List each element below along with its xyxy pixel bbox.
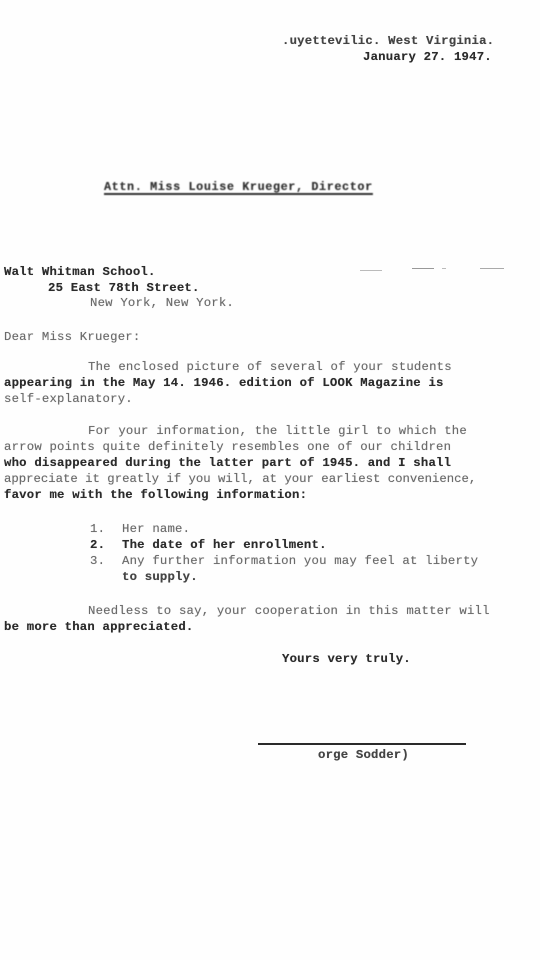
paragraph-3-line-2: be more than appreciated. xyxy=(4,620,193,635)
paragraph-1-line-1: The enclosed picture of several of your … xyxy=(88,360,452,375)
paragraph-1-line-2: appearing in the May 14. 1946. edition o… xyxy=(4,376,444,391)
letter-place: .uyettevilic. West Virginia. xyxy=(282,34,494,49)
request-3-number: 3. xyxy=(90,554,105,569)
attention-line: Attn. Miss Louise Krueger, Director xyxy=(104,180,373,195)
paragraph-2-line-3: who disappeared during the latter part o… xyxy=(4,456,451,471)
letter-date: January 27. 1947. xyxy=(363,50,492,65)
paragraph-2-line-5: favor me with the following information: xyxy=(4,488,307,503)
request-3-continuation: to supply. xyxy=(122,570,198,585)
recipient-school: Walt Whitman School. xyxy=(4,265,156,280)
scanned-letter-page: .uyettevilic. West Virginia. January 27.… xyxy=(0,0,540,960)
scan-artifact xyxy=(480,268,504,269)
request-3-text: Any further information you may feel at … xyxy=(122,554,478,569)
closing: Yours very truly. xyxy=(282,652,411,667)
signature-name: orge Sodder) xyxy=(318,748,409,763)
salutation: Dear Miss Krueger: xyxy=(4,330,140,345)
signature-line xyxy=(258,743,466,745)
recipient-city: New York, New York. xyxy=(90,296,234,311)
scan-artifact xyxy=(360,270,382,271)
paragraph-1-line-3: self-explanatory. xyxy=(4,392,133,407)
paragraph-2-line-4: appreciate it greatly if you will, at yo… xyxy=(4,472,476,487)
recipient-street: 25 East 78th Street. xyxy=(48,281,200,296)
request-1-number: 1. xyxy=(90,522,105,537)
paragraph-2-line-2: arrow points quite definitely resembles … xyxy=(4,440,451,455)
request-2-text: The date of her enrollment. xyxy=(122,538,327,553)
request-1-text: Her name. xyxy=(122,522,190,537)
request-2-number: 2. xyxy=(90,538,105,553)
paragraph-2-line-1: For your information, the little girl to… xyxy=(88,424,467,439)
paragraph-3-line-1: Needless to say, your cooperation in thi… xyxy=(88,604,490,619)
scan-artifact xyxy=(442,268,446,269)
scan-artifact xyxy=(412,268,434,269)
